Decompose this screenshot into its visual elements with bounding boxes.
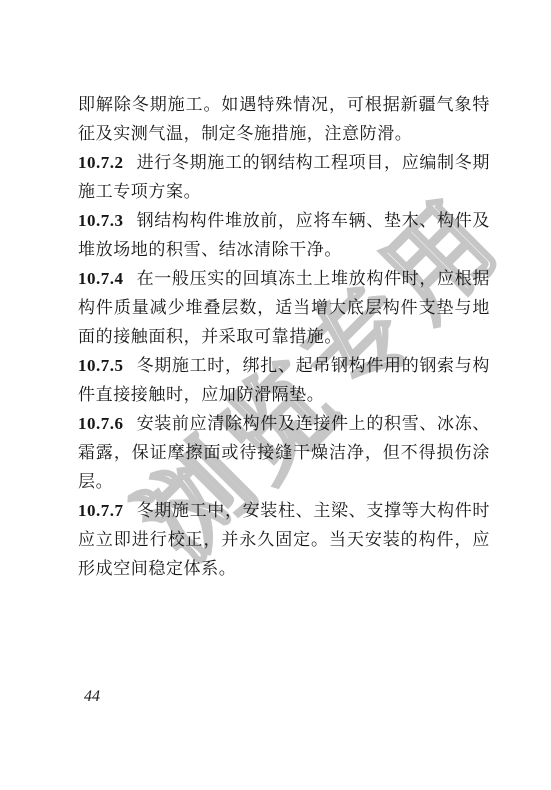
clause-number: 10.7.6 [78, 414, 124, 433]
clause-number: 10.7.3 [78, 211, 124, 230]
clause-10-7-7: 10.7.7冬期施工中，安装柱、主梁、支撑等大构件时应立即进行校正，并永久固定。… [78, 496, 490, 583]
clause-text: 在一般压实的回填冻土上堆放构件时，应根据构件质量减少堆叠层数，适当增大底层构件支… [78, 269, 490, 346]
clause-10-7-5: 10.7.5冬期施工时，绑扎、起吊钢构件用的钢索与构件直接接触时，应加防滑隔垫。 [78, 351, 490, 409]
clause-text: 钢结构构件堆放前，应将车辆、垫木、构件及堆放场地的积雪、结冰清除干净。 [78, 211, 490, 259]
clause-10-7-4: 10.7.4在一般压实的回填冻土上堆放构件时，应根据构件质量减少堆叠层数，适当增… [78, 264, 490, 351]
page-content: 即解除冬期施工。如遇特殊情况，可根据新疆气象特征及实测气温，制定冬施措施，注意防… [78, 90, 490, 583]
clause-number: 10.7.5 [78, 356, 124, 375]
clause-10-7-6: 10.7.6安装前应清除构件及连接件上的积雪、冰冻、霜露，保证摩擦面或待接缝干燥… [78, 409, 490, 496]
clause-10-7-2: 10.7.2进行冬期施工的钢结构工程项目，应编制冬期施工专项方案。 [78, 148, 490, 206]
clause-text: 冬期施工时，绑扎、起吊钢构件用的钢索与构件直接接触时，应加防滑隔垫。 [78, 356, 490, 404]
clause-number: 10.7.4 [78, 269, 124, 288]
clause-number: 10.7.7 [78, 501, 124, 520]
page-number: 44 [84, 688, 100, 706]
clause-text: 冬期施工中，安装柱、主梁、支撑等大构件时应立即进行校正，并永久固定。当天安装的构… [78, 501, 490, 578]
clause-text: 进行冬期施工的钢结构工程项目，应编制冬期施工专项方案。 [78, 153, 490, 201]
paragraph-text: 即解除冬期施工。如遇特殊情况，可根据新疆气象特征及实测气温，制定冬施措施，注意防… [78, 95, 490, 143]
clause-text: 安装前应清除构件及连接件上的积雪、冰冻、霜露，保证摩擦面或待接缝干燥洁净，但不得… [78, 414, 490, 491]
clause-number: 10.7.2 [78, 153, 124, 172]
paragraph-continuation: 即解除冬期施工。如遇特殊情况，可根据新疆气象特征及实测气温，制定冬施措施，注意防… [78, 90, 490, 148]
clause-10-7-3: 10.7.3钢结构构件堆放前，应将车辆、垫木、构件及堆放场地的积雪、结冰清除干净… [78, 206, 490, 264]
document-page: 浏览专用 即解除冬期施工。如遇特殊情况，可根据新疆气象特征及实测气温，制定冬施措… [0, 0, 551, 790]
